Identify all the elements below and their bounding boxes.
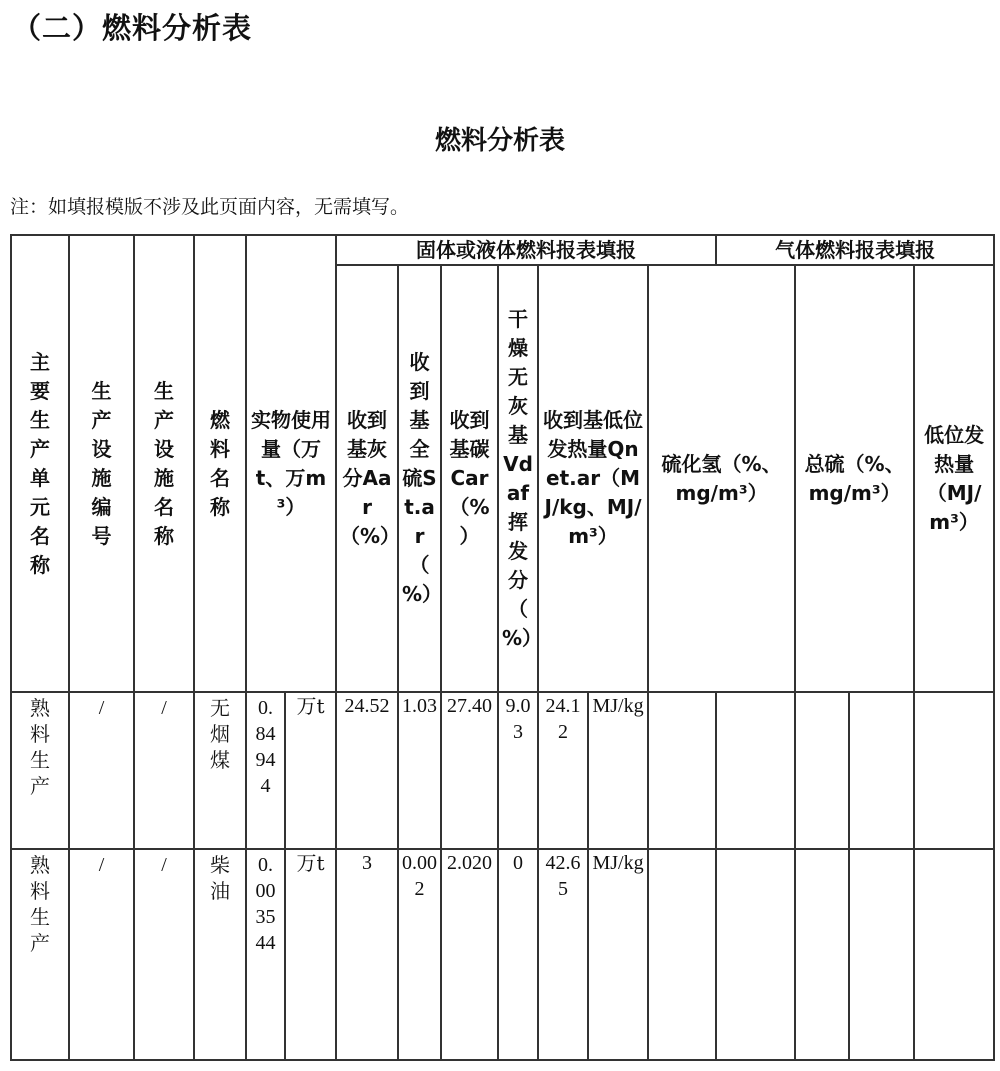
cell-lhv[interactable]: [914, 849, 994, 1060]
cell-h2s-value[interactable]: [648, 692, 716, 849]
cell-unit-name: 熟料生产: [11, 692, 69, 849]
cell-h2s-unit[interactable]: [716, 849, 795, 1060]
cell-fuel-name: 无烟煤: [194, 692, 246, 849]
header-star: 收到基全硫St.ar（%）: [398, 265, 441, 692]
header-h2s: 硫化氢（%、mg/m³）: [648, 265, 795, 692]
note-text: 注：如填报模版不涉及此页面内容，无需填写。: [10, 192, 409, 219]
cell-total-sulfur-unit[interactable]: [849, 849, 914, 1060]
header-vdaf: 干燥无灰基Vdaf挥发分（%）: [498, 265, 538, 692]
cell-vdaf: 0: [498, 849, 538, 1060]
cell-lhv[interactable]: [914, 692, 994, 849]
cell-vdaf: 9.03: [498, 692, 538, 849]
cell-aar: 3: [336, 849, 398, 1060]
cell-qnet-unit: MJ/kg: [588, 692, 648, 849]
cell-total-sulfur-value[interactable]: [795, 692, 849, 849]
table-row: 熟料生产 / / 柴油 0.003544 万t 3 0.002 2.020 0 …: [11, 849, 994, 1060]
table-row: 熟料生产 / / 无烟煤 0.84944 万t 24.52 1.03 27.40…: [11, 692, 994, 849]
cell-usage-unit: 万t: [285, 692, 336, 849]
cell-star: 1.03: [398, 692, 441, 849]
cell-qnet-unit: MJ/kg: [588, 849, 648, 1060]
cell-usage-value: 0.003544: [246, 849, 285, 1060]
cell-facility-code: /: [69, 849, 134, 1060]
table-title: 燃料分析表: [0, 120, 1000, 157]
header-aar: 收到基灰分Aar（%）: [336, 265, 398, 692]
section-title: （二）燃料分析表: [12, 6, 252, 47]
header-usage: 实物使用量（万t、万m³）: [246, 235, 336, 692]
cell-facility-name: /: [134, 692, 194, 849]
cell-qnet-value: 24.12: [538, 692, 588, 849]
header-unit-name: 主要生产单元名称: [11, 235, 69, 692]
header-facility-code: 生产设施编号: [69, 235, 134, 692]
cell-star: 0.002: [398, 849, 441, 1060]
cell-total-sulfur-value[interactable]: [795, 849, 849, 1060]
header-facility-name: 生产设施名称: [134, 235, 194, 692]
cell-facility-name: /: [134, 849, 194, 1060]
cell-car: 2.020: [441, 849, 498, 1060]
cell-h2s-value[interactable]: [648, 849, 716, 1060]
header-gas-group: 气体燃料报表填报: [716, 235, 994, 265]
cell-usage-unit: 万t: [285, 849, 336, 1060]
cell-facility-code: /: [69, 692, 134, 849]
cell-car: 27.40: [441, 692, 498, 849]
header-fuel-name: 燃料名称: [194, 235, 246, 692]
header-total-sulfur: 总硫（%、mg/m³）: [795, 265, 914, 692]
cell-qnet-value: 42.65: [538, 849, 588, 1060]
cell-aar: 24.52: [336, 692, 398, 849]
cell-fuel-name: 柴油: [194, 849, 246, 1060]
cell-h2s-unit[interactable]: [716, 692, 795, 849]
cell-usage-value: 0.84944: [246, 692, 285, 849]
cell-total-sulfur-unit[interactable]: [849, 692, 914, 849]
header-lhv: 低位发热量（MJ/m³）: [914, 265, 994, 692]
header-car: 收到基碳Car（%）: [441, 265, 498, 692]
cell-unit-name: 熟料生产: [11, 849, 69, 1060]
header-solid-liquid-group: 固体或液体燃料报表填报: [336, 235, 716, 265]
header-qnet: 收到基低位发热量Qnet.ar（MJ/kg、MJ/m³）: [538, 265, 648, 692]
fuel-analysis-table: 主要生产单元名称 生产设施编号 生产设施名称 燃料名称 实物使用量（万t、万m³…: [10, 234, 995, 1061]
